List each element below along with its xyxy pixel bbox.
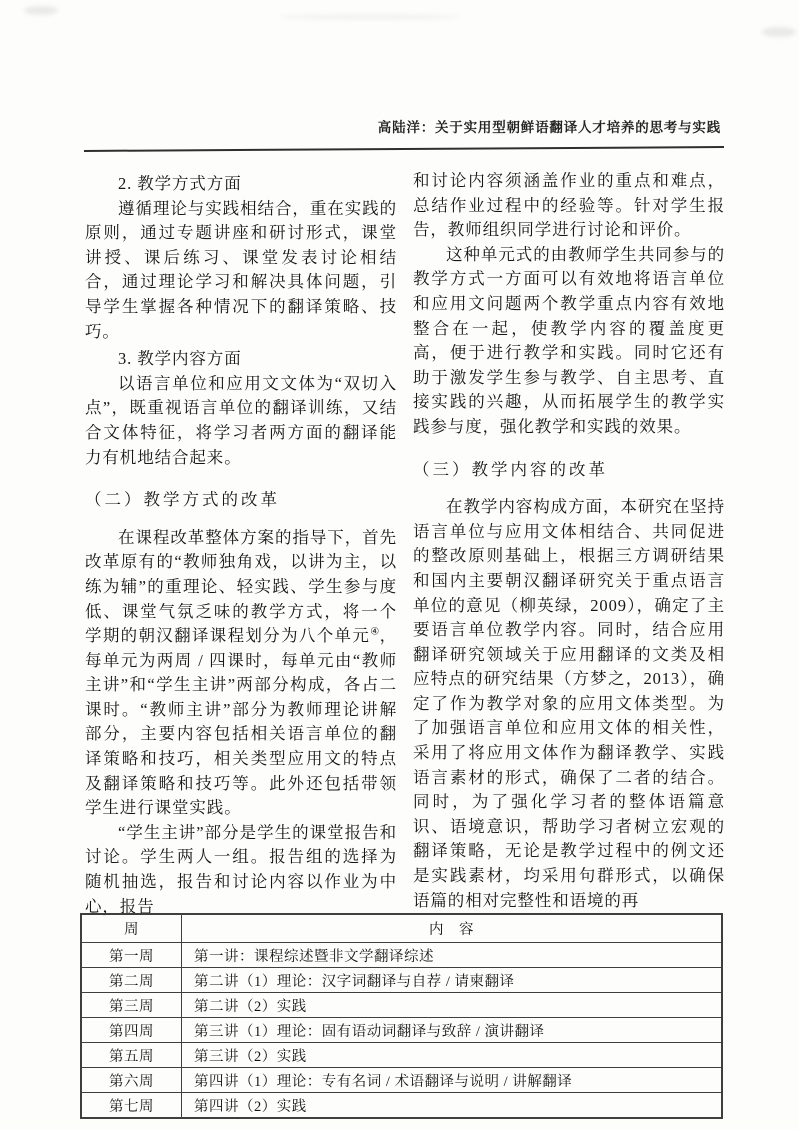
paragraph: “学生主讲”部分是学生的课堂报告和讨论。学生两人一组。报告组的选择为随机抽选，报… — [85, 821, 397, 919]
table-row: 第七周第四讲（2）实践 — [81, 1093, 722, 1119]
column-header: 内 容 — [182, 914, 723, 943]
content-cell: 第四讲（2）实践 — [182, 1093, 723, 1119]
right-column: 和讨论内容须涵盖作业的重点和难点，总结作业过程中的经验等。针对学生报告，教师组织… — [413, 169, 725, 913]
paragraph: 以语言单位和应用文文体为“双切入点”，既重视语言单位的翻译训练，又结合文体特征，… — [85, 372, 397, 470]
table-row: 第三周第二讲（2）实践 — [81, 993, 722, 1018]
paragraph: 遵循理论与实践相结合，重在实践的原则，通过专题讲座和研讨形式，课堂讲授、课后练习… — [85, 197, 397, 345]
scan-artifact — [762, 27, 796, 37]
paragraph: 在课程改革整体方案的指导下，首先改革原有的“教师独角戏，以讲为主，以练为辅”的重… — [85, 526, 397, 821]
running-header: 高陆洋：关于实用型朝鲜语翻译人才培养的思考与实践 — [378, 116, 721, 136]
table-body: 第一周第一讲：课程综述暨非文学翻译综述第二周第二讲（1）理论：汉字词翻译与自荐 … — [81, 943, 722, 1119]
content-cell: 第三讲（1）理论：固有语动词翻译与致辞 / 演讲翻译 — [182, 1018, 723, 1043]
content-cell: 第四讲（1）理论：专有名词 / 术语翻译与说明 / 讲解翻译 — [182, 1068, 723, 1093]
content-cell: 第一讲：课程综述暨非文学翻译综述 — [182, 943, 723, 968]
week-cell: 第七周 — [81, 1093, 182, 1119]
table-row: 第五周第三讲（2）实践 — [81, 1043, 722, 1068]
week-cell: 第一周 — [81, 943, 182, 968]
table-row: 第一周第一讲：课程综述暨非文学翻译综述 — [81, 943, 722, 968]
week-cell: 第五周 — [81, 1043, 182, 1068]
content-cell: 第二讲（1）理论：汉字词翻译与自荐 / 请柬翻译 — [182, 968, 723, 993]
header-rule — [84, 146, 724, 152]
week-cell: 第六周 — [81, 1068, 182, 1093]
content-cell: 第三讲（2）实践 — [182, 1043, 723, 1068]
left-column: 2. 教学方式方面遵循理论与实践相结合，重在实践的原则，通过专题讲座和研讨形式，… — [85, 169, 397, 919]
table-header-row: 周内 容 — [81, 914, 722, 943]
table-row: 第四周第三讲（1）理论：固有语动词翻译与致辞 / 演讲翻译 — [81, 1018, 722, 1043]
scan-artifact — [280, 14, 460, 20]
week-cell: 第三周 — [81, 993, 182, 1018]
table-row: 第二周第二讲（1）理论：汉字词翻译与自荐 / 请柬翻译 — [81, 968, 722, 993]
week-cell: 第二周 — [81, 968, 182, 993]
sub-heading: 3. 教学内容方面 — [85, 347, 397, 372]
schedule-table: 周内 容 第一周第一讲：课程综述暨非文学翻译综述第二周第二讲（1）理论：汉字词翻… — [80, 913, 723, 1119]
column-header: 周 — [81, 914, 182, 943]
table-row: 第六周第四讲（1）理论：专有名词 / 术语翻译与说明 / 讲解翻译 — [81, 1068, 722, 1093]
paragraph: 在教学内容构成方面，本研究在坚持语言单位与应用文体相结合、共同促进的整改原则基础… — [413, 495, 725, 913]
paragraph: 这种单元式的由教师学生共同参与的教学方式一方面可以有效地将语言单位和应用文问题两… — [413, 243, 725, 440]
page: 高陆洋：关于实用型朝鲜语翻译人才培养的思考与实践 2. 教学方式方面遵循理论与实… — [0, 0, 799, 1129]
table-head: 周内 容 — [81, 914, 722, 943]
paragraph: 和讨论内容须涵盖作业的重点和难点，总结作业过程中的经验等。针对学生报告，教师组织… — [413, 169, 725, 243]
section-heading: （二）教学方式的改革 — [85, 488, 397, 513]
content-cell: 第二讲（2）实践 — [182, 993, 723, 1018]
scan-artifact — [24, 6, 58, 15]
sub-heading: 2. 教学方式方面 — [85, 172, 397, 197]
week-cell: 第四周 — [81, 1018, 182, 1043]
section-heading: （三）教学内容的改革 — [413, 458, 725, 483]
